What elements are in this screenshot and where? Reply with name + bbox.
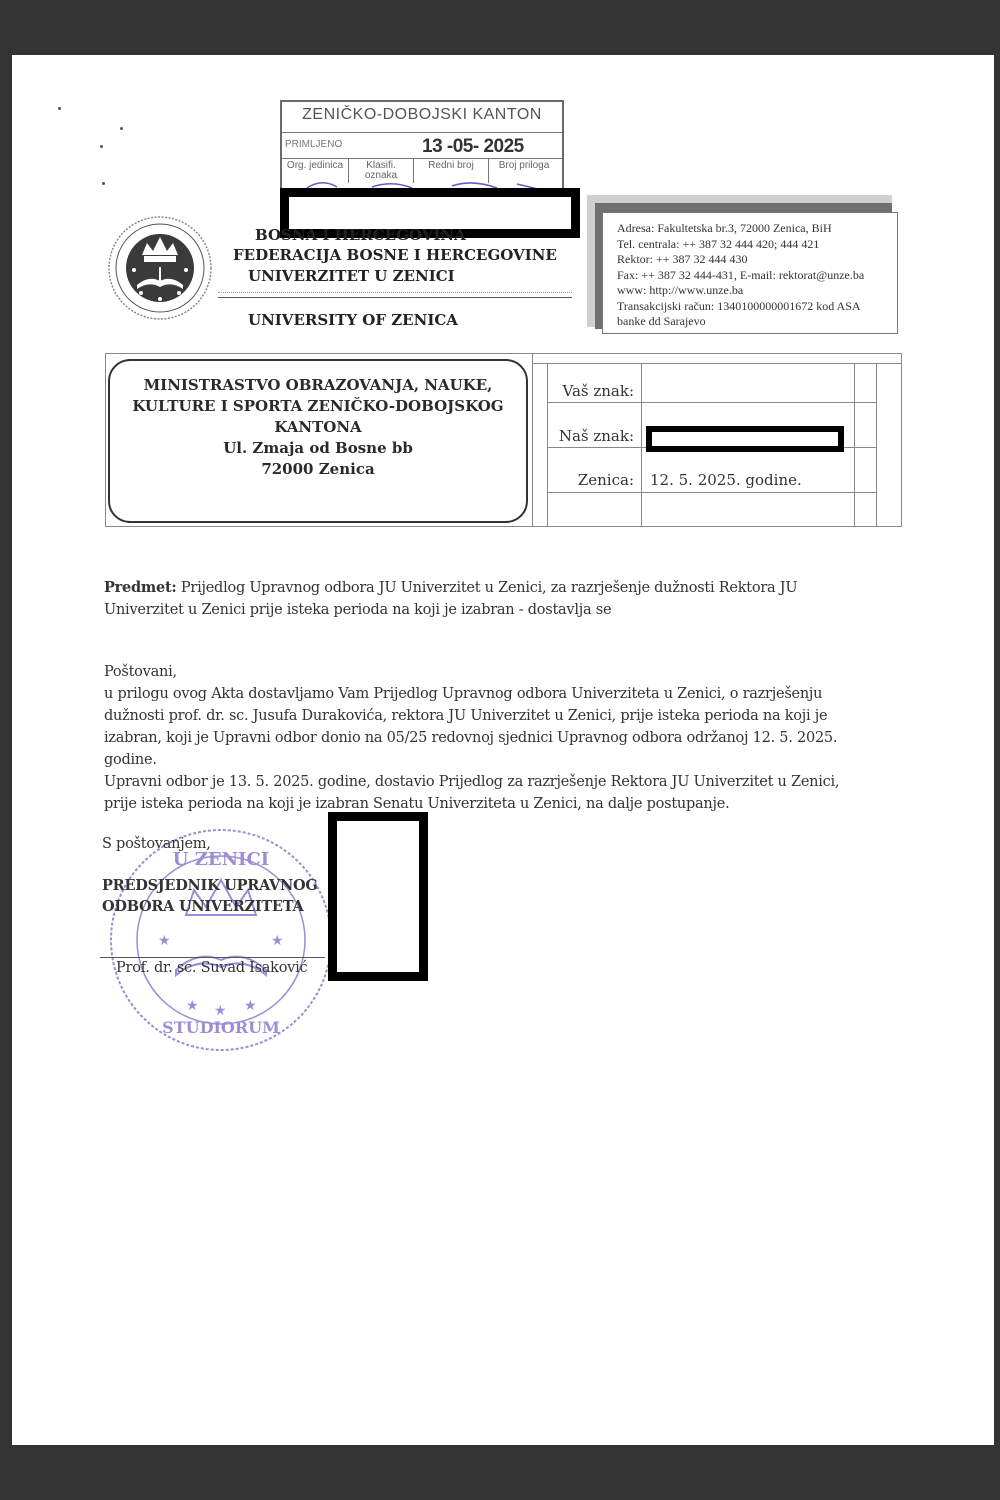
scan-speck — [120, 127, 123, 130]
closing: S poštovanjem, — [102, 833, 211, 855]
grid-line — [876, 363, 877, 527]
contact-box: Adresa: Fakultetska br.3, 72000 Zenica, … — [602, 212, 898, 334]
signatory-title: PREDSJEDNIK UPRAVNOG ODBORA UNIVERZITETA — [102, 875, 318, 917]
svg-text:★: ★ — [214, 1003, 227, 1019]
signatory-title-line2: ODBORA UNIVERZITETA — [102, 896, 318, 917]
scan-speck — [102, 182, 105, 185]
divider — [218, 297, 572, 298]
subject-label: Predmet: — [104, 579, 177, 596]
subject-line2: Univerzitet u Zenici prije isteka period… — [104, 602, 611, 618]
body-line: godine. — [104, 749, 839, 771]
stamp-received-label: PRIMLJENO — [285, 139, 342, 150]
contact-rector: Rektor: ++ 387 32 444 430 — [617, 252, 897, 268]
letterhead-university-en: UNIVERSITY OF ZENICA — [248, 311, 458, 329]
grid-line — [547, 492, 876, 493]
contact-address: Adresa: Fakultetska br.3, 72000 Zenica, … — [617, 221, 897, 237]
signatory-title-line1: PREDSJEDNIK UPRAVNOG — [102, 875, 318, 896]
divider — [218, 292, 572, 293]
contact-fax-email: Fax: ++ 387 32 444-431, E-mail: rektorat… — [617, 268, 897, 284]
place-label: Zenica: — [544, 471, 634, 489]
grid-line — [854, 363, 855, 527]
scan-speck — [58, 107, 61, 110]
vas-znak-label: Vaš znak: — [544, 382, 634, 400]
contact-bank: banke dd Sarajevo — [617, 314, 897, 330]
subject-line1: Prijedlog Upravnog odbora JU Univerzitet… — [177, 580, 798, 596]
body-line: u prilogu ovog Akta dostavljamo Vam Prij… — [104, 683, 839, 705]
contact-phone: Tel. centrala: ++ 387 32 444 420; 444 42… — [617, 237, 897, 253]
contact-account: Transakcijski račun: 1340100000001672 ko… — [617, 299, 897, 315]
incoming-stamp: ZENIČKO-DOBOJSKI KANTON PRIMLJENO 13 -05… — [280, 100, 564, 188]
svg-text:STUDIORUM: STUDIORUM — [162, 1018, 280, 1037]
scan-speck — [100, 145, 103, 148]
subject: Predmet: Prijedlog Upravnog odbora JU Un… — [104, 577, 797, 621]
svg-text:★: ★ — [271, 933, 284, 949]
recipient-line3: KANTONA — [110, 417, 526, 438]
official-seal-stamp-icon: U ZENICI STUDIORUM ★ ★ ★ ★ ★ — [106, 825, 336, 1055]
body-line: Upravni odbor je 13. 5. 2025. godine, do… — [104, 771, 839, 793]
redacted-signature — [328, 812, 428, 981]
letterhead-country: BOSNA I HERCEGOVINA — [255, 226, 466, 244]
signatory-name: Prof. dr. sc. Suvad Isaković — [116, 957, 307, 979]
grid-line — [532, 363, 902, 364]
svg-text:★: ★ — [244, 998, 257, 1014]
recipient-line4: Ul. Zmaja od Bosne bb — [110, 438, 526, 459]
grid-line — [547, 402, 876, 403]
grid-line — [532, 353, 533, 527]
letterhead-university: UNIVERZITET U ZENICI — [248, 267, 455, 285]
nas-znak-label: Naš znak: — [544, 427, 634, 445]
recipient-line5: 72000 Zenica — [110, 459, 526, 480]
body-line: izabran, koji je Upravni odbor donio na … — [104, 727, 839, 749]
stamp-received-date: 13 -05- 2025 — [422, 136, 524, 158]
svg-text:★: ★ — [186, 998, 199, 1014]
body-line: prije isteka perioda na koji je izabran … — [104, 793, 839, 815]
document-date: 12. 5. 2025. godine. — [650, 471, 802, 489]
document-page: ZENIČKO-DOBOJSKI KANTON PRIMLJENO 13 -05… — [12, 55, 994, 1445]
recipient-line1: MINISTRASTVO OBRAZOVANJA, NAUKE, — [110, 375, 526, 396]
redacted-reference-number — [646, 426, 844, 452]
stamp-title: ZENIČKO-DOBOJSKI KANTON — [282, 106, 562, 124]
recipient-line2: KULTURE I SPORTA ZENIČKO-DOBOJSKOG — [110, 396, 526, 417]
university-seal-logo-icon — [107, 215, 213, 321]
body-line: dužnosti prof. dr. sc. Jusufa Durakovića… — [104, 705, 839, 727]
contact-www: www: http://www.unze.ba — [617, 283, 897, 299]
letter-body: Poštovani, u prilogu ovog Akta dostavlja… — [104, 661, 839, 815]
svg-text:★: ★ — [158, 933, 171, 949]
recipient-address-box: MINISTRASTVO OBRAZOVANJA, NAUKE, KULTURE… — [108, 359, 528, 523]
letterhead-federation: FEDERACIJA BOSNE I HERCEGOVINE — [233, 246, 557, 264]
grid-line — [641, 363, 642, 527]
greeting: Poštovani, — [104, 661, 839, 683]
